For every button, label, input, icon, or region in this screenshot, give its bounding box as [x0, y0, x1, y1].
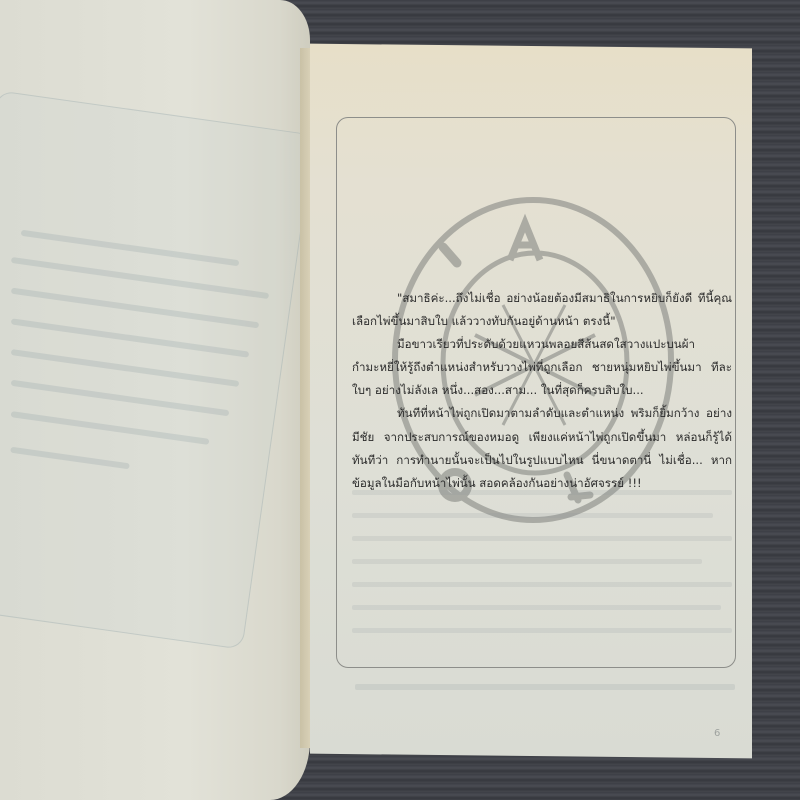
paragraph: ทันทีที่หน้าไพ่ถูกเปิดมาตามลำดับและตำแหน… [352, 402, 732, 494]
paragraph: มือขาวเรียวที่ประดับด้วยแหวนพลอยสีส้นสดใ… [352, 333, 732, 402]
page-number: 6 [714, 728, 720, 739]
bleed-through-line [352, 628, 732, 633]
bleed-through-line [352, 536, 732, 541]
story-text: "สมาธิค่ะ...ถึงไม่เชื่อ อย่างน้อยต้องมีส… [352, 287, 732, 495]
bleed-through-line [352, 513, 713, 518]
bleed-through-line [352, 582, 732, 587]
bleed-through-line [352, 559, 702, 564]
paragraph: "สมาธิค่ะ...ถึงไม่เชื่อ อย่างน้อยต้องมีส… [352, 287, 732, 333]
bleed-through-line [355, 684, 735, 690]
bleed-through-text [352, 490, 732, 651]
bleed-through-line [352, 490, 732, 495]
left-book-page [0, 0, 310, 800]
bleed-through-line [352, 605, 721, 610]
